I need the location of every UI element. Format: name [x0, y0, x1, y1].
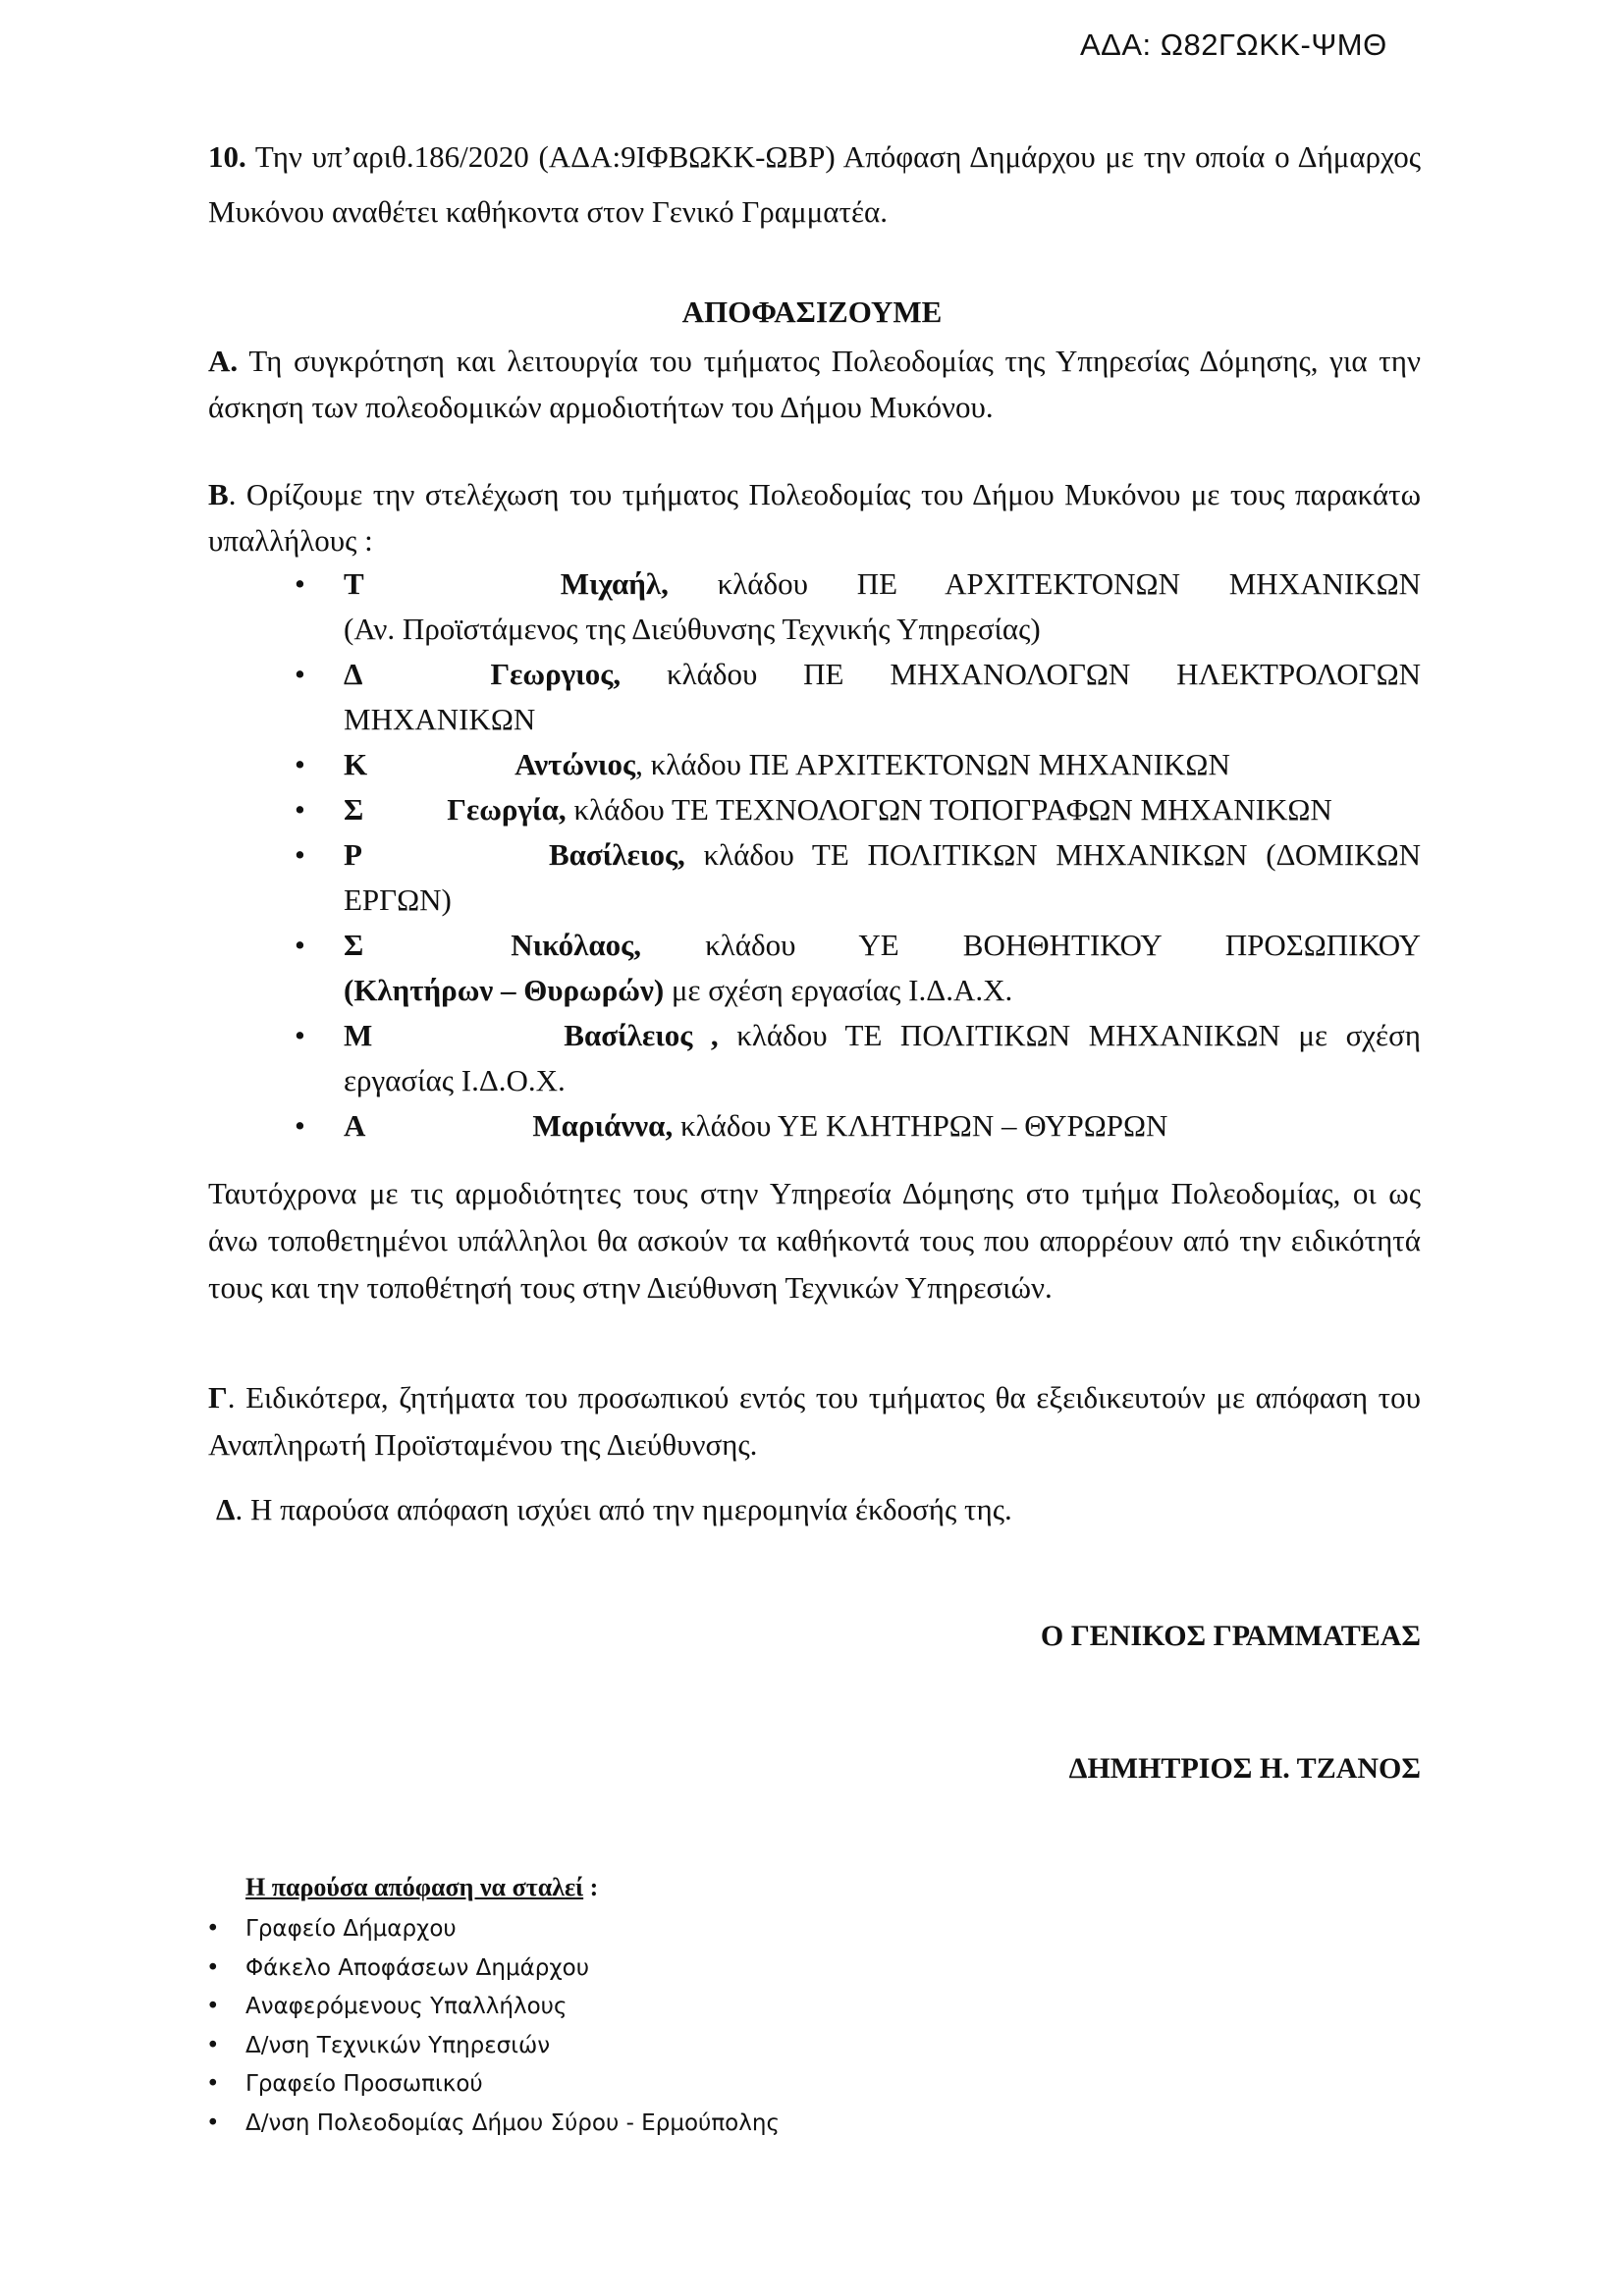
distribution-item: •Αναφερόμενους Υπαλλήλους: [206, 1988, 780, 2027]
staff-name: Αντώνιος: [514, 747, 635, 781]
staff-item: • ΜΒασίλειος , κλάδου ΤΕ ΠΟΛΙΤΙΚΩΝ ΜΗΧΑΝ…: [295, 1013, 1421, 1058]
bullet-icon: •: [295, 1013, 305, 1058]
staff-initial: Δ: [344, 657, 362, 691]
staff-initial: Τ: [344, 566, 364, 601]
distribution-item: •Φάκελο Αποφάσεων Δημάρχου: [206, 1949, 780, 1989]
staff-role-continuation: ΕΡΓΩΝ): [344, 882, 452, 917]
distribution-item-text: Δ/νση Τεχνικών Υπηρεσιών: [245, 2033, 550, 2058]
bullet-icon: •: [295, 1103, 305, 1148]
distribution-item-text: Φάκελο Αποφάσεων Δημάρχου: [245, 1955, 589, 1981]
staff-name: Βασίλειος ,: [564, 1018, 718, 1052]
section-a-text: Τη συγκρότηση και λειτουργία του τμήματο…: [208, 344, 1421, 424]
staff-role-continuation: με σχέση εργασίας Ι.Δ.Α.Χ.: [664, 973, 1012, 1007]
ada-code: ΑΔΑ: Ω82ΓΩΚΚ-ΨΜΘ: [1080, 27, 1387, 63]
staff-initial: Ρ: [344, 837, 362, 872]
staff-name: Νικόλαος,: [511, 928, 641, 962]
bullet-icon: •: [295, 787, 305, 832]
distribution-item-text: Γραφείο Προσωπικού: [245, 2071, 483, 2097]
distribution-title-colon: :: [583, 1873, 598, 1901]
bullet-icon: •: [206, 2065, 220, 2105]
staff-name: Γεωργία,: [447, 792, 566, 827]
distribution-item-text: Γραφείο Δήμαρχου: [245, 1916, 457, 1942]
staff-item: • ΔΓεωργιος, κλάδου ΠΕ ΜΗΧΑΝΟΛΟΓΩΝ ΗΛΕΚΤ…: [295, 652, 1421, 697]
bullet-icon: •: [295, 923, 305, 968]
item-10-paragraph: 10. Την υπ’αριθ.186/2020 (ΑΔΑ:9ΙΦΒΩΚΚ-ΩΒ…: [208, 130, 1421, 240]
staff-initial: Σ: [344, 928, 363, 962]
staff-role-continuation: εργασίας Ι.Δ.Ο.Χ.: [344, 1063, 566, 1097]
signatory-title: Ο ΓΕΝΙΚΟΣ ΓΡΑΜΜΑΤΕΑΣ: [1041, 1620, 1421, 1653]
bullet-icon: •: [295, 561, 305, 607]
bullet-icon: •: [295, 832, 305, 878]
bullet-icon: •: [206, 1988, 220, 2027]
distribution-item: •Γραφείο Προσωπικού: [206, 2065, 780, 2105]
distribution-item: •Γραφείο Δήμαρχου: [206, 1910, 780, 1949]
staff-name: Βασίλειος,: [549, 837, 685, 872]
bullet-icon: •: [206, 1949, 220, 1989]
staff-initial: Α: [344, 1108, 365, 1143]
signatory-name: ΔΗΜΗΤΡΙΟΣ Η. ΤΖΑΝΟΣ: [1069, 1752, 1421, 1786]
staff-item-continuation: ΕΡΓΩΝ): [295, 878, 1421, 923]
staff-role: κλάδου ΥΕ ΚΛΗΤΗΡΩΝ – ΘΥΡΩΡΩΝ: [673, 1108, 1167, 1143]
section-d-text: . Η παρούσα απόφαση ισχύει από την ημερο…: [235, 1492, 1011, 1526]
staff-role: κλάδου ΤΕ ΤΕΧΝΟΛΟΓΩΝ ΤΟΠΟΓΡΑΦΩΝ ΜΗΧΑΝΙΚΩ…: [567, 792, 1332, 827]
staff-initial: Κ: [344, 747, 367, 781]
staff-role-continuation: ΜΗΧΑΝΙΚΩΝ: [344, 702, 535, 736]
item-text: Την υπ’αριθ.186/2020 (ΑΔΑ:9ΙΦΒΩΚΚ-ΩΒΡ) Α…: [208, 139, 1421, 229]
item-number: 10.: [208, 139, 246, 174]
staff-role: κλάδου ΤΕ ΠΟΛΙΤΙΚΩΝ ΜΗΧΑΝΙΚΩΝ (ΔΟΜΙΚΩΝ: [685, 837, 1421, 872]
staff-role: κλάδου ΠΕ ΑΡΧΙΤΕΚΤΟΝΩΝ ΜΗΧΑΝΙΚΩΝ: [669, 566, 1421, 601]
staff-item-continuation: εργασίας Ι.Δ.Ο.Χ.: [295, 1058, 1421, 1103]
bullet-icon: •: [206, 2027, 220, 2066]
decision-heading: ΑΠΟΦΑΣΙΖΟΥΜΕ: [0, 294, 1624, 330]
distribution-item: •Δ/νση Τεχνικών Υπηρεσιών: [206, 2027, 780, 2066]
staff-role: , κλάδου ΠΕ ΑΡΧΙΤΕΚΤΟΝΩΝ ΜΗΧΑΝΙΚΩΝ: [635, 747, 1230, 781]
staff-item: • ΣΓεωργία, κλάδου ΤΕ ΤΕΧΝΟΛΟΓΩΝ ΤΟΠΟΓΡΑ…: [295, 787, 1421, 832]
staff-name: Γεωργιος,: [490, 657, 621, 691]
simultaneous-duties-paragraph: Ταυτόχρονα με τις αρμοδιότητες τους στην…: [208, 1170, 1421, 1311]
staff-item-continuation: (Αν. Προϊστάμενος της Διεύθυνσης Τεχνική…: [295, 607, 1421, 652]
distribution-list: •Γραφείο Δήμαρχου •Φάκελο Αποφάσεων Δημά…: [206, 1910, 780, 2143]
section-b-text: . Ορίζουμε την στελέχωση του τμήματος Πο…: [208, 477, 1421, 558]
staff-item-continuation: ΜΗΧΑΝΙΚΩΝ: [295, 697, 1421, 742]
bullet-icon: •: [206, 2105, 220, 2144]
staff-item: • ΤΜιχαήλ, κλάδου ΠΕ ΑΡΧΙΤΕΚΤΟΝΩΝ ΜΗΧΑΝΙ…: [295, 561, 1421, 607]
document-page: ΑΔΑ: Ω82ΓΩΚΚ-ΨΜΘ 10. Την υπ’αριθ.186/202…: [0, 0, 1624, 2296]
section-a-label: Α.: [208, 344, 238, 378]
staff-name: Μιχαήλ,: [561, 566, 669, 601]
staff-item: • ΣΝικόλαος, κλάδου ΥΕ ΒΟΗΘΗΤΙΚΟΥ ΠΡΟΣΩΠ…: [295, 923, 1421, 968]
distribution-item-text: Δ/νση Πολεοδομίας Δήμου Σύρου - Ερμούπολ…: [245, 2110, 780, 2136]
staff-role: κλάδου ΥΕ ΒΟΗΘΗΤΙΚΟΥ ΠΡΟΣΩΠΙΚΟΥ: [641, 928, 1421, 962]
staff-item: • ΚΑντώνιος, κλάδου ΠΕ ΑΡΧΙΤΕΚΤΟΝΩΝ ΜΗΧΑ…: [295, 742, 1421, 787]
staff-item-continuation: (Κλητήρων – Θυρωρών) με σχέση εργασίας Ι…: [295, 968, 1421, 1013]
section-g-paragraph: Γ. Ειδικότερα, ζητήματα του προσωπικού ε…: [208, 1374, 1421, 1468]
section-d-label: Δ: [216, 1492, 235, 1526]
bullet-icon: •: [295, 652, 305, 697]
distribution-title: Η παρούσα απόφαση να σταλεί :: [245, 1873, 598, 1902]
bullet-icon: •: [295, 742, 305, 787]
staff-role-continuation: (Αν. Προϊστάμενος της Διεύθυνσης Τεχνική…: [344, 612, 1041, 646]
staff-initial: Σ: [344, 792, 363, 827]
section-g-label: Γ: [208, 1380, 228, 1415]
distribution-item: •Δ/νση Πολεοδομίας Δήμου Σύρου - Ερμούπο…: [206, 2105, 780, 2144]
distribution-item-text: Αναφερόμενους Υπαλλήλους: [245, 1994, 567, 2019]
distribution-title-text: Η παρούσα απόφαση να σταλεί: [245, 1873, 583, 1901]
section-g-text: . Ειδικότερα, ζητήματα του προσωπικού εν…: [208, 1380, 1421, 1462]
section-a-paragraph: Α. Τη συγκρότηση και λειτουργία του τμήμ…: [208, 338, 1421, 430]
staff-role: κλάδου ΤΕ ΠΟΛΙΤΙΚΩΝ ΜΗΧΑΝΙΚΩΝ με σχέση: [719, 1018, 1421, 1052]
staff-role-continuation-bold: (Κλητήρων – Θυρωρών): [344, 973, 664, 1007]
section-d-paragraph: Δ. Η παρούσα απόφαση ισχύει από την ημερ…: [216, 1486, 1429, 1532]
staff-list: • ΤΜιχαήλ, κλάδου ΠΕ ΑΡΧΙΤΕΚΤΟΝΩΝ ΜΗΧΑΝΙ…: [295, 561, 1421, 1148]
section-b-label: Β: [208, 477, 229, 511]
staff-name: Μαριάννα,: [532, 1108, 673, 1143]
staff-item: • ΑΜαριάννα, κλάδου ΥΕ ΚΛΗΤΗΡΩΝ – ΘΥΡΩΡΩ…: [295, 1103, 1421, 1148]
staff-role: κλάδου ΠΕ ΜΗΧΑΝΟΛΟΓΩΝ ΗΛΕΚΤΡΟΛΟΓΩΝ: [621, 657, 1421, 691]
staff-item: • ΡΒασίλειος, κλάδου ΤΕ ΠΟΛΙΤΙΚΩΝ ΜΗΧΑΝΙ…: [295, 832, 1421, 878]
section-b-paragraph: Β. Ορίζουμε την στελέχωση του τμήματος Π…: [208, 471, 1421, 563]
bullet-icon: •: [206, 1910, 220, 1949]
staff-initial: Μ: [344, 1018, 372, 1052]
